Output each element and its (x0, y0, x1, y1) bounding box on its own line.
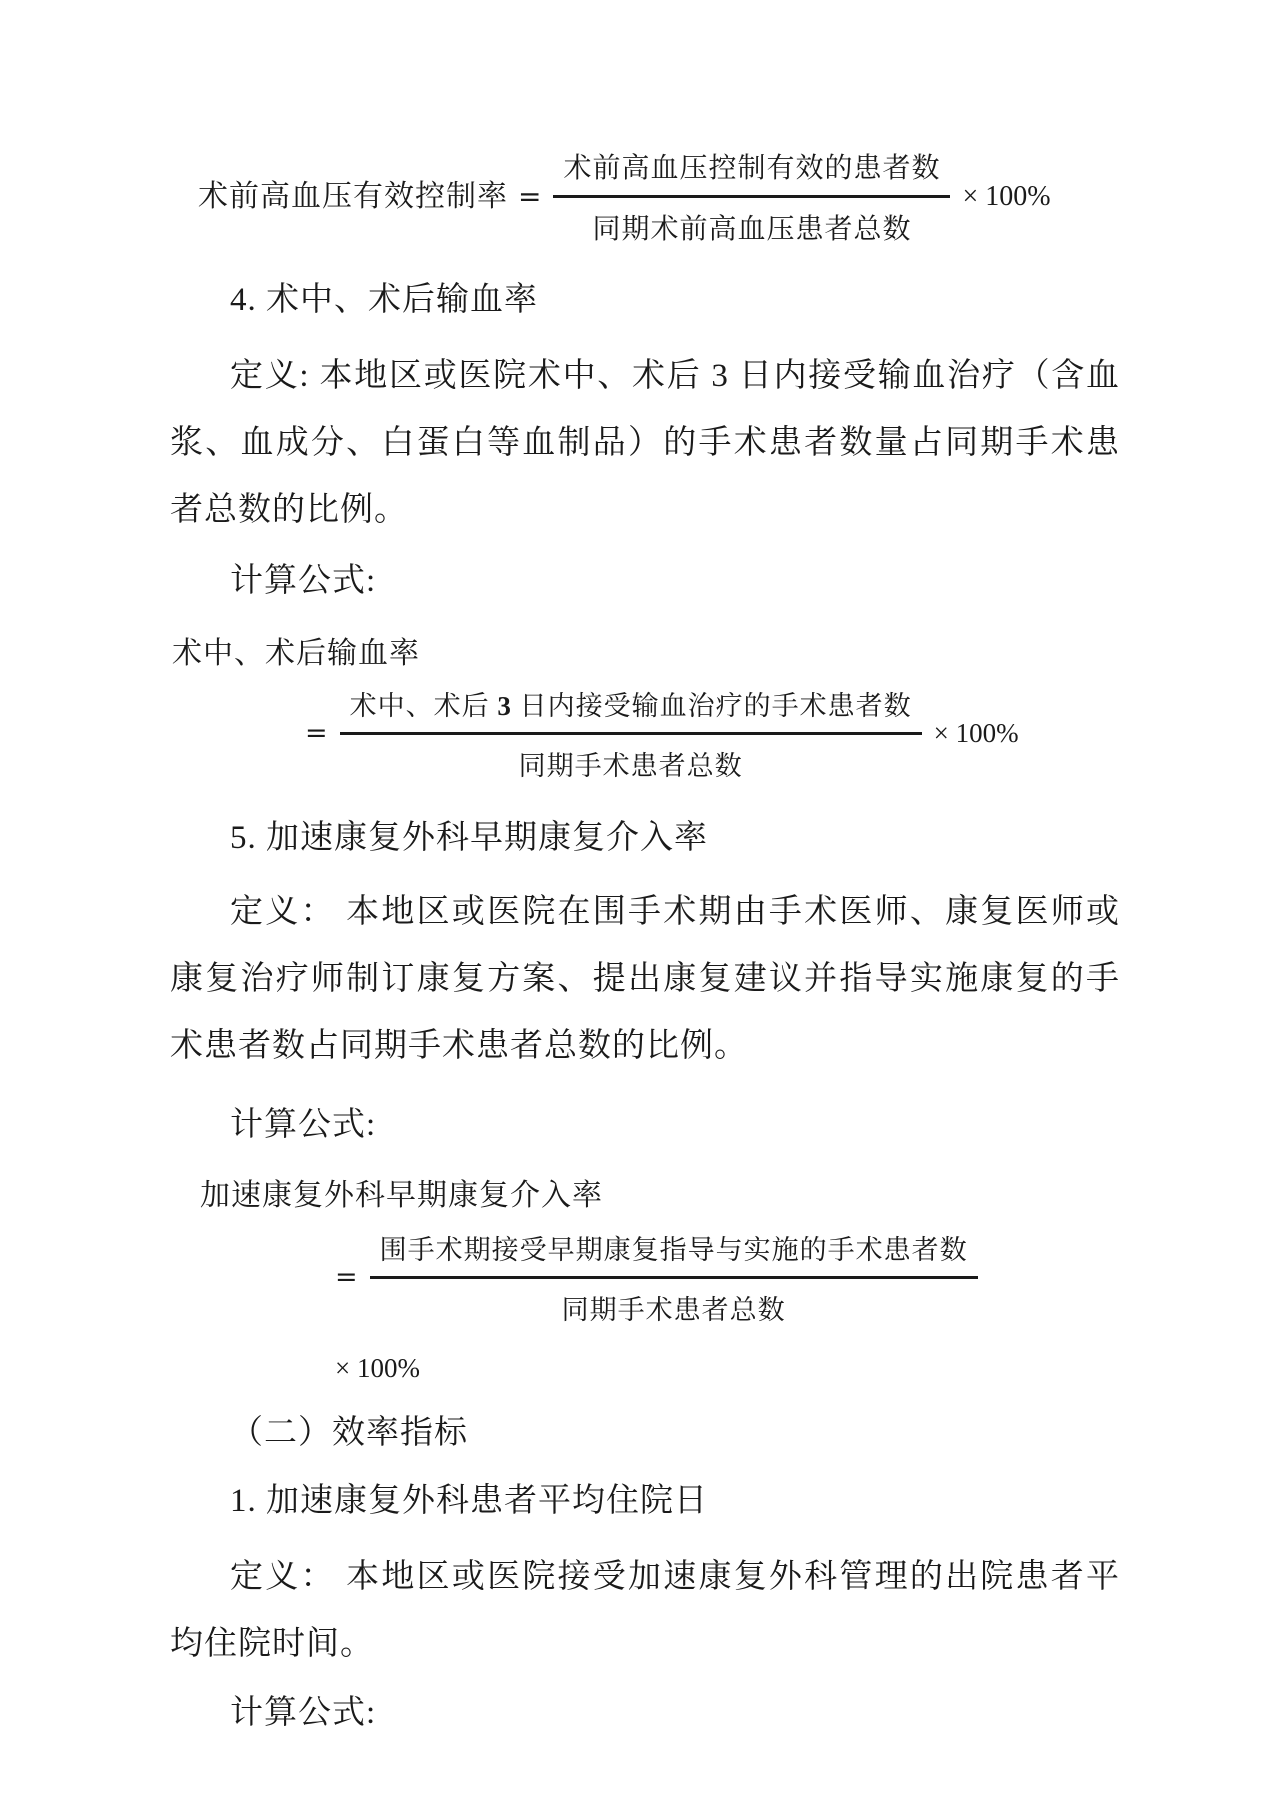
efficiency-item-1-calc-label: 计算公式: (170, 1692, 1120, 1734)
fraction: 术前高血压控制有效的患者数 同期术前高血压患者总数 (553, 144, 950, 249)
efficiency-section-heading: （二）效率指标 (170, 1412, 1120, 1454)
times-100-percent: × 100% (335, 1353, 1120, 1384)
formula-preop-hypertension-control-rate: 术前高血压有效控制率 = 术前高血压控制有效的患者数 同期术前高血压患者总数 ×… (198, 144, 1120, 249)
numerator-text-pre: 术中、术后 (350, 691, 498, 721)
formula-transfusion-rate: = 术中、术后 3 日内接受输血治疗的手术患者数 同期手术患者总数 × 100% (305, 682, 1120, 785)
document-page: 术前高血压有效控制率 = 术前高血压控制有效的患者数 同期术前高血压患者总数 ×… (0, 0, 1280, 1810)
fraction-numerator: 术中、术后 3 日内接受输血治疗的手术患者数 (340, 682, 922, 732)
fraction-numerator: 围手术期接受早期康复指导与实施的手术患者数 (370, 1226, 978, 1276)
section-4-calc-label: 计算公式: (170, 560, 1120, 602)
fraction: 围手术期接受早期康复指导与实施的手术患者数 同期手术患者总数 (370, 1226, 978, 1329)
document-content: 术前高血压有效控制率 = 术前高血压控制有效的患者数 同期术前高血压患者总数 ×… (170, 130, 1120, 1734)
section-4-heading: 4. 术中、术后输血率 (170, 279, 1120, 321)
formula-label: 术前高血压有效控制率 (198, 177, 508, 217)
section-5-definition: 定义： 本地区或医院在围手术期由手术医师、康复医师或康复治疗师制订康复方案、提出… (170, 879, 1120, 1080)
numerator-text-post: 日内接受输血治疗的手术患者数 (512, 691, 912, 721)
fraction: 术中、术后 3 日内接受输血治疗的手术患者数 同期手术患者总数 (340, 682, 922, 785)
formula-eras-intervention-rate: = 围手术期接受早期康复指导与实施的手术患者数 同期手术患者总数 (335, 1226, 1120, 1329)
equals-sign: = (335, 1262, 370, 1293)
numerator-digit: 3 (497, 691, 512, 721)
fraction-denominator: 同期术前高血压患者总数 (553, 195, 950, 249)
times-100-percent: × 100% (922, 718, 1019, 749)
section-4-definition: 定义: 本地区或医院术中、术后 3 日内接受输血治疗（含血浆、血成分、白蛋白等血… (170, 343, 1120, 544)
efficiency-item-1-definition: 定义： 本地区或医院接受加速康复外科管理的出院患者平均住院时间。 (170, 1544, 1120, 1678)
section-5-calc-label: 计算公式: (170, 1104, 1120, 1146)
equals-sign: = (305, 718, 340, 749)
fraction-numerator: 术前高血压控制有效的患者数 (553, 144, 950, 195)
fraction-denominator: 同期手术患者总数 (340, 732, 922, 785)
formula-eras-intervention-rate-lhs: 加速康复外科早期康复介入率 (200, 1176, 1120, 1216)
section-5-heading: 5. 加速康复外科早期康复介入率 (170, 817, 1120, 859)
times-100-percent: × 100% (950, 181, 1050, 213)
fraction-denominator: 同期手术患者总数 (370, 1276, 978, 1329)
equals-sign: = (508, 180, 553, 213)
formula-transfusion-rate-lhs: 术中、术后输血率 (172, 634, 1120, 674)
efficiency-item-1-heading: 1. 加速康复外科患者平均住院日 (170, 1480, 1120, 1522)
